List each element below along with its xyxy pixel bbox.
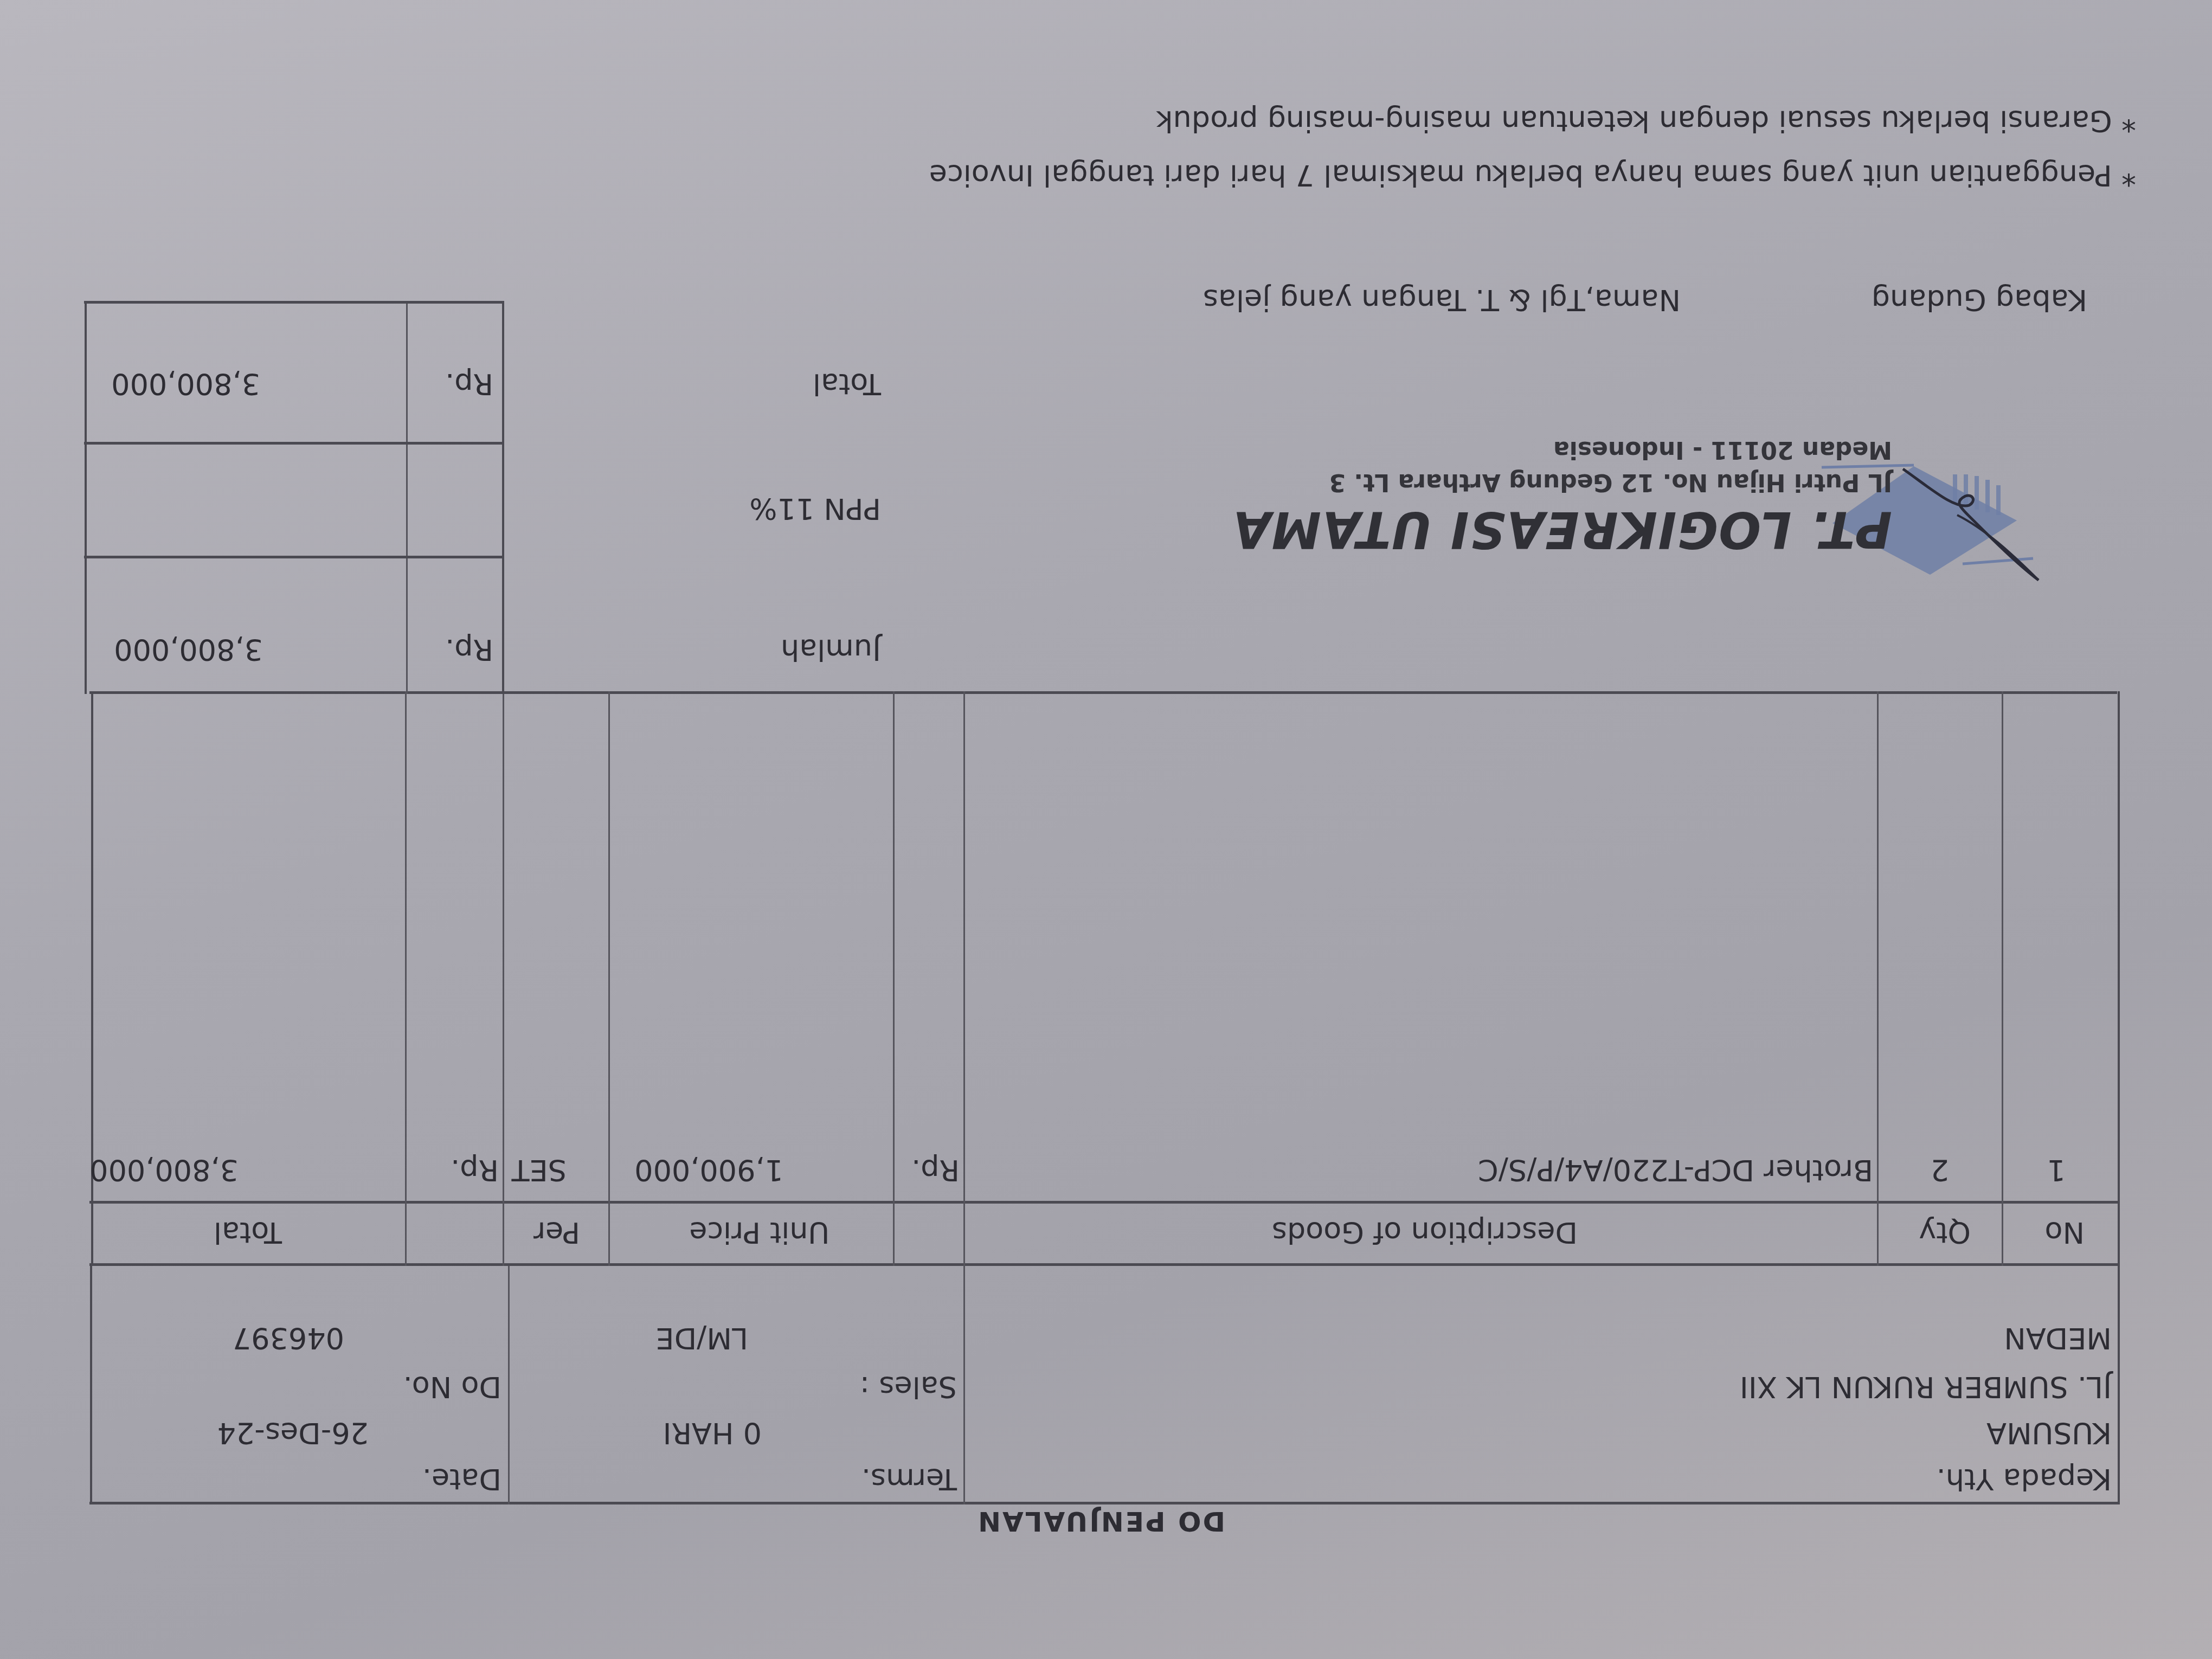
row-total-currency: Rp. [451, 1153, 499, 1187]
row-description: Brother DCP-T220/A4/P/S/C [1478, 1153, 1873, 1187]
note-warranty: * Garansi berlaku sesuai dengan ketentua… [1156, 104, 2136, 138]
do-number-label: Do No. [403, 1370, 501, 1404]
row-qty: 2 [1931, 1153, 1949, 1187]
stamp-company-name: PT. LOGIKREASI UTAMA [1232, 500, 1892, 558]
date-label: Date. [422, 1462, 501, 1496]
row-unit-price: 1,900,000 [634, 1153, 783, 1187]
terms-value: 0 HARI [663, 1416, 762, 1450]
customer-city: MEDAN [2004, 1321, 2112, 1355]
document-title: DO PENJUALAN [976, 1506, 1225, 1537]
row-no: 1 [2047, 1153, 2066, 1187]
header-per: Per [533, 1216, 580, 1250]
row-per: SET [512, 1153, 567, 1187]
header-description: Description of Goods [1272, 1216, 1578, 1250]
note-replacement: * Penggantian unit yang sama hanya berla… [929, 158, 2136, 192]
delivery-order-paper: DO PENJUALAN Kepada Yth. KUSUMA JL. SUMB… [0, 0, 2212, 1659]
customer-address: JL. SUMBER RUKUN LK XII [1740, 1370, 2112, 1404]
ppn-label: PPN 11% [749, 492, 881, 526]
header-no: No [2045, 1216, 2085, 1250]
jumlah-label: Jumlah [781, 633, 881, 667]
jumlah-currency: Rp. [445, 633, 493, 667]
terms-label: Terms. [861, 1462, 957, 1496]
sales-label: Sales : [860, 1370, 957, 1404]
sales-value: LM/DE [655, 1321, 748, 1355]
customer-label: Kepada Yth. [1937, 1462, 2112, 1496]
grand-total-label: Total [813, 367, 881, 401]
warehouse-signature-label: Kabag Gudang [1872, 283, 2087, 317]
receiver-signature-label: Nama,Tgl & T. Tangan yang jelas [1203, 283, 1681, 317]
do-number-value: 046397 [233, 1321, 344, 1355]
customer-name: KUSUMA [1986, 1416, 2112, 1450]
stamp-address-line-2: Medan 20111 - Indonesia [1553, 436, 1892, 464]
grand-total-currency: Rp. [445, 367, 493, 401]
stamp-address-line-1: JL Putri Hijau No. 12 Gedung Arthara Lt.… [1329, 468, 1892, 496]
grand-total-value: 3,800,000 [111, 367, 260, 401]
header-total: Total [214, 1216, 282, 1250]
header-qty: Qty [1919, 1216, 1971, 1250]
row-price-currency: Rp. [911, 1153, 960, 1187]
header-unit-price: Unit Price [689, 1216, 829, 1250]
date-value: 26-Des-24 [217, 1416, 369, 1450]
row-total: 3,800,000 [89, 1153, 239, 1187]
jumlah-value: 3,800,000 [114, 633, 263, 667]
